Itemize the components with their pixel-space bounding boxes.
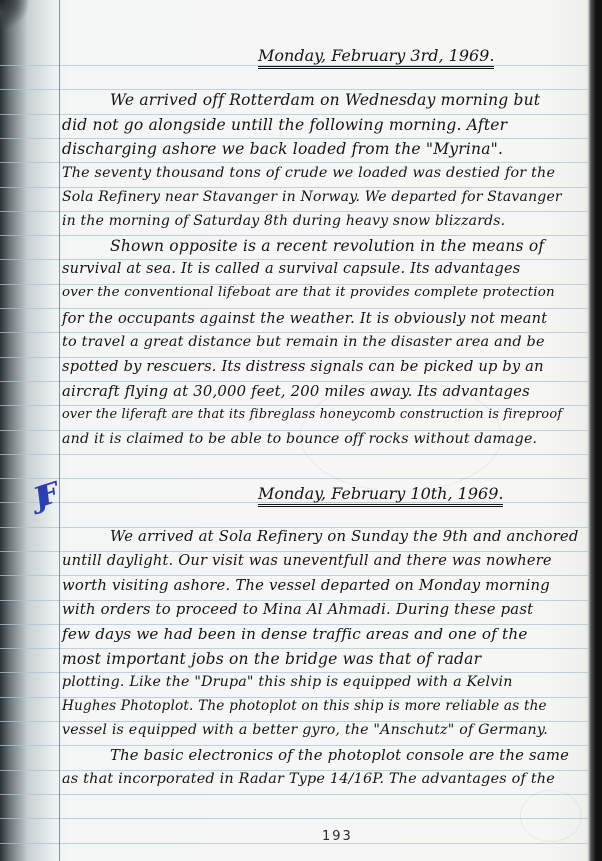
text-line: Sola Refinery near Stavanger in Norway. … (62, 189, 562, 205)
signature-initials: JF (29, 478, 55, 515)
ruled-line (0, 648, 590, 649)
ruled-line (0, 187, 590, 188)
entry-date-heading: Monday, February 10th, 1969. (258, 484, 503, 507)
ruled-line (0, 843, 590, 844)
text-line: The basic electronics of the photoplot c… (110, 747, 569, 764)
page-number: 193 (322, 829, 353, 844)
ruled-line (0, 259, 590, 260)
text-line: for the occupants against the weather. I… (62, 310, 547, 327)
ruled-line (0, 405, 590, 406)
text-line: untill daylight. Our visit was uneventfu… (62, 552, 552, 569)
text-line: to travel a great distance but remain in… (62, 334, 545, 350)
ruled-line (0, 381, 590, 382)
ruled-line (0, 235, 590, 236)
text-line: discharging ashore we back loaded from t… (62, 140, 503, 158)
text-line: worth visiting ashore. The vessel depart… (62, 577, 550, 594)
text-line: over the conventional lifeboat are that … (62, 285, 555, 300)
ruled-line (0, 818, 590, 819)
text-line: with orders to proceed to Mina Al Ahmadi… (62, 601, 533, 618)
ruled-line (0, 478, 590, 479)
ruled-line (0, 575, 590, 576)
diary-page: Monday, February 3rd, 1969. We arrived o… (0, 0, 590, 861)
margin-line (59, 0, 60, 861)
page-curl (0, 0, 30, 30)
ruled-line (0, 672, 590, 673)
ruled-line (0, 114, 590, 115)
text-line: spotted by rescuers. Its distress signal… (62, 358, 544, 375)
entry-date-heading: Monday, February 3rd, 1969. (258, 46, 494, 69)
text-line: over the liferaft are that its fibreglas… (62, 407, 562, 422)
ruled-line (0, 745, 590, 746)
text-line: and it is claimed to be able to bounce o… (62, 431, 537, 447)
text-line: We arrived off Rotterdam on Wednesday mo… (110, 91, 540, 109)
ruled-line (0, 794, 590, 795)
ruled-line (0, 211, 590, 212)
ruled-line (0, 89, 590, 90)
text-line: We arrived at Sola Refinery on Sunday th… (110, 528, 579, 545)
ruled-line (0, 308, 590, 309)
text-line: most important jobs on the bridge was th… (62, 650, 481, 668)
text-line: did not go alongside untill the followin… (62, 116, 507, 134)
text-line: aircraft flying at 30,000 feet, 200 mile… (62, 383, 530, 400)
text-line: as that incorporated in Radar Type 14/16… (62, 771, 555, 787)
text-line: Hughes Photoplot. The photoplot on this … (62, 698, 547, 714)
ruled-line (0, 454, 590, 455)
ruled-line (0, 332, 590, 333)
text-line: few days we had been in dense traffic ar… (62, 625, 528, 643)
page-edge-shadow (588, 0, 602, 861)
text-line: survival at sea. It is called a survival… (62, 261, 520, 277)
text-line: in the morning of Saturday 8th during he… (62, 213, 505, 229)
text-line: Shown opposite is a recent revolution in… (110, 237, 544, 255)
text-line: vessel is equipped with a better gyro, t… (62, 722, 548, 738)
text-line: The seventy thousand tons of crude we lo… (62, 165, 555, 181)
ruled-line (0, 138, 590, 139)
ruled-line (0, 162, 590, 163)
show-through-mark (520, 790, 582, 842)
text-line: plotting. Like the "Drupa" this ship is … (62, 674, 513, 690)
